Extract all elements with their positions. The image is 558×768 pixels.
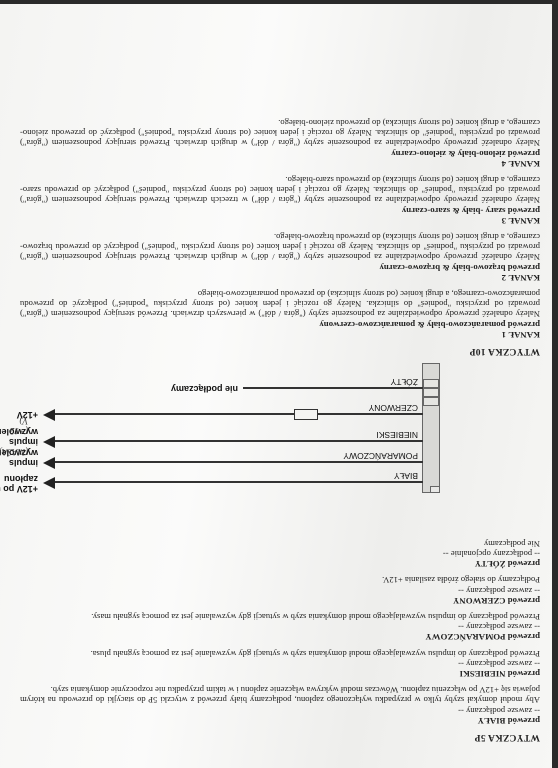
wire-label-blue: NIEBIESKI (376, 430, 418, 440)
wire-white (53, 482, 423, 484)
channel-wires: przewód pomarańczowo-biały & pomarańczow… (20, 319, 540, 329)
wire-label-orange: POMARAŃCZOWY (343, 451, 418, 461)
wire-label-red: CZERWONY (369, 403, 418, 413)
wire-heading: przewód BIAŁY (20, 716, 540, 726)
channel-description: Należy odnaleźć przewody odpowiedzialne … (20, 232, 540, 263)
wire-heading: przewód CZERWONY (20, 596, 540, 606)
wire-description: Aby moduł domykał szyby tylko w przypadk… (20, 685, 540, 705)
channel-description: Należy odnaleźć przewody odpowiedzialne … (20, 175, 540, 206)
wire-heading: przewód NIEBIESKI (20, 669, 540, 679)
arrow-icon (43, 409, 55, 421)
connector-pin (423, 388, 439, 397)
wire-description: Podłączamy do stałego źródła zasilania +… (20, 575, 540, 585)
destination-12v: +12V (17, 410, 38, 420)
wire-blue (53, 441, 423, 443)
destination-not-connected: nie podłączamy (171, 384, 238, 394)
wire-description: Przewód podłączany do impulsu wyzwalając… (20, 648, 540, 658)
destination-ignition: +12V po uruchomieniu zapłonu (0, 474, 38, 494)
wire-description: Nie podłączamy (20, 539, 540, 549)
wire-orange (53, 462, 423, 464)
fuse-icon (294, 409, 318, 420)
channel-description: Należy odnaleźć przewody odpowiedzialne … (20, 289, 540, 320)
connector-10p-section: WTYCZKA 10P KANAŁ 1 przewód pomarańczowo… (20, 118, 540, 356)
wire-red (53, 414, 423, 416)
channel-wires: przewód brązowo-biały & brązowo-czarny (20, 262, 540, 272)
connector-pin (423, 397, 439, 406)
wire-status: -- podłączany opcjonalnie -- (20, 549, 540, 559)
channel-description: Należy odnaleźć przewody odpowiedzialne … (20, 118, 540, 149)
wire-status: -- zawsze podłączany -- (20, 705, 540, 715)
wire-label-white: BIAŁY (394, 471, 418, 481)
connector-5p-title: WTYCZKA 5P (20, 732, 540, 742)
channel-wires: przewód zielono-biały & zielono-czarny (20, 148, 540, 158)
channel-heading: KANAŁ 3 (20, 216, 540, 226)
connector-5p-section: WTYCZKA 5P przewód BIAŁY -- zawsze podłą… (20, 539, 540, 742)
channel-heading: KANAŁ 4 (20, 159, 540, 169)
channel-wires: przewód szary -biały & szaro-czarny (20, 205, 540, 215)
wire-heading: przewód ŻÓŁTY (20, 559, 540, 569)
wiring-diagram: BIAŁY +12V po uruchomieniu zapłonu POMAR… (18, 358, 448, 493)
connector-notch (430, 486, 440, 493)
channel-heading: KANAŁ 1 (20, 330, 540, 340)
wire-status: -- zawsze podłączany -- (20, 622, 540, 632)
wire-label-yellow: ŻÓŁTY (391, 377, 418, 387)
wire-status: -- zawsze podłączany -- (20, 659, 540, 669)
connector-pin (423, 379, 439, 388)
arrow-icon (43, 436, 55, 448)
document-page: WTYCZKA 5P przewód BIAŁY -- zawsze podłą… (0, 0, 558, 768)
channel-heading: KANAŁ 2 (20, 273, 540, 283)
wire-yellow (243, 388, 423, 390)
arrow-icon (43, 477, 55, 489)
wire-status: -- zawsze podłączany -- (20, 585, 540, 595)
connector-10p-title: WTYCZKA 10P (20, 346, 540, 356)
wire-description: Przewód podłączany do impulsu wyzwalając… (20, 612, 540, 622)
arrow-icon (43, 457, 55, 469)
note-ground: (MASA) (0, 447, 28, 457)
wire-heading: przewód POMARAŃCZOWY (20, 632, 540, 642)
